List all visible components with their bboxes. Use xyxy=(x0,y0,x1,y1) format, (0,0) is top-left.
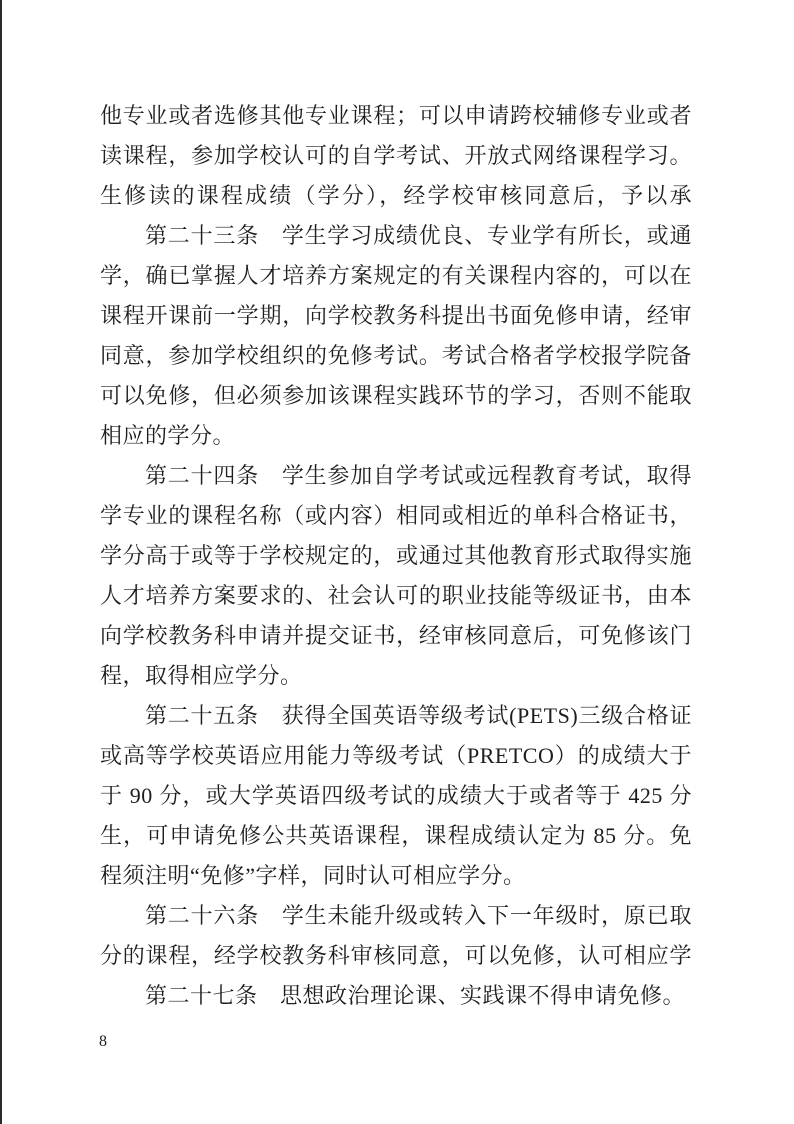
text-line: 程须注明“免修”字样，同时认可相应学分。 xyxy=(100,856,692,896)
page-number: 8 xyxy=(99,1032,107,1052)
text-line: 人才培养方案要求的、社会认可的职业技能等级证书，由本人 xyxy=(100,576,692,616)
text-line: 于 90 分，或大学英语四级考试的成绩大于或者等于 425 分的学 xyxy=(100,776,692,816)
text-line: 学专业的课程名称（或内容）相同或相近的单科合格证书，且 xyxy=(100,496,692,536)
text-line: 程，取得相应学分。 xyxy=(100,656,692,696)
text-line: 读课程，参加学校认可的自学考试、开放式网络课程学习。学 xyxy=(100,136,692,176)
text-line: 生，可申请免修公共英语课程，课程成绩认定为 85 分。免修课 xyxy=(100,816,692,856)
text-line: 生修读的课程成绩（学分），经学校审核同意后，予以承认。 xyxy=(100,176,692,216)
text-line: 课程开课前一学期，向学校教务科提出书面免修申请，经审核 xyxy=(100,296,692,336)
text-line: 向学校教务科申请并提交证书，经审核同意后，可免修该门课 xyxy=(100,616,692,656)
text-line: 学分高于或等于学校规定的，或通过其他教育形式取得实施性 xyxy=(100,536,692,576)
document-body: 他专业或者选修其他专业课程；可以申请跨校辅修专业或者修读课程，参加学校认可的自学… xyxy=(100,96,692,1016)
text-line: 他专业或者选修其他专业课程；可以申请跨校辅修专业或者修 xyxy=(100,96,692,136)
page-left-edge-line xyxy=(0,0,2,1124)
text-line: 第二十五条 获得全国英语等级考试(PETS)三级合格证书， xyxy=(100,696,692,736)
text-line: 或高等学校英语应用能力等级考试（PRETCO）的成绩大于或等 xyxy=(100,736,692,776)
text-line: 学，确已掌握人才培养方案规定的有关课程内容的，可以在该 xyxy=(100,256,692,296)
text-line: 第二十四条 学生参加自学考试或远程教育考试，取得与所 xyxy=(100,456,692,496)
text-line: 相应的学分。 xyxy=(100,416,692,456)
text-line: 第二十七条 思想政治理论课、实践课不得申请免修。 xyxy=(100,976,692,1016)
text-line: 同意，参加学校组织的免修考试。考试合格者学校报学院备案， xyxy=(100,336,692,376)
text-line: 第二十六条 学生未能升级或转入下一年级时，原已取得学 xyxy=(100,896,692,936)
text-line: 第二十三条 学生学习成绩优良、专业学有所长，或通过自 xyxy=(100,216,692,256)
document-page: 他专业或者选修其他专业课程；可以申请跨校辅修专业或者修读课程，参加学校认可的自学… xyxy=(0,0,794,1124)
text-line: 可以免修，但必须参加该课程实践环节的学习，否则不能取得 xyxy=(100,376,692,416)
text-line: 分的课程，经学校教务科审核同意，可以免修，认可相应学分。 xyxy=(100,936,692,976)
